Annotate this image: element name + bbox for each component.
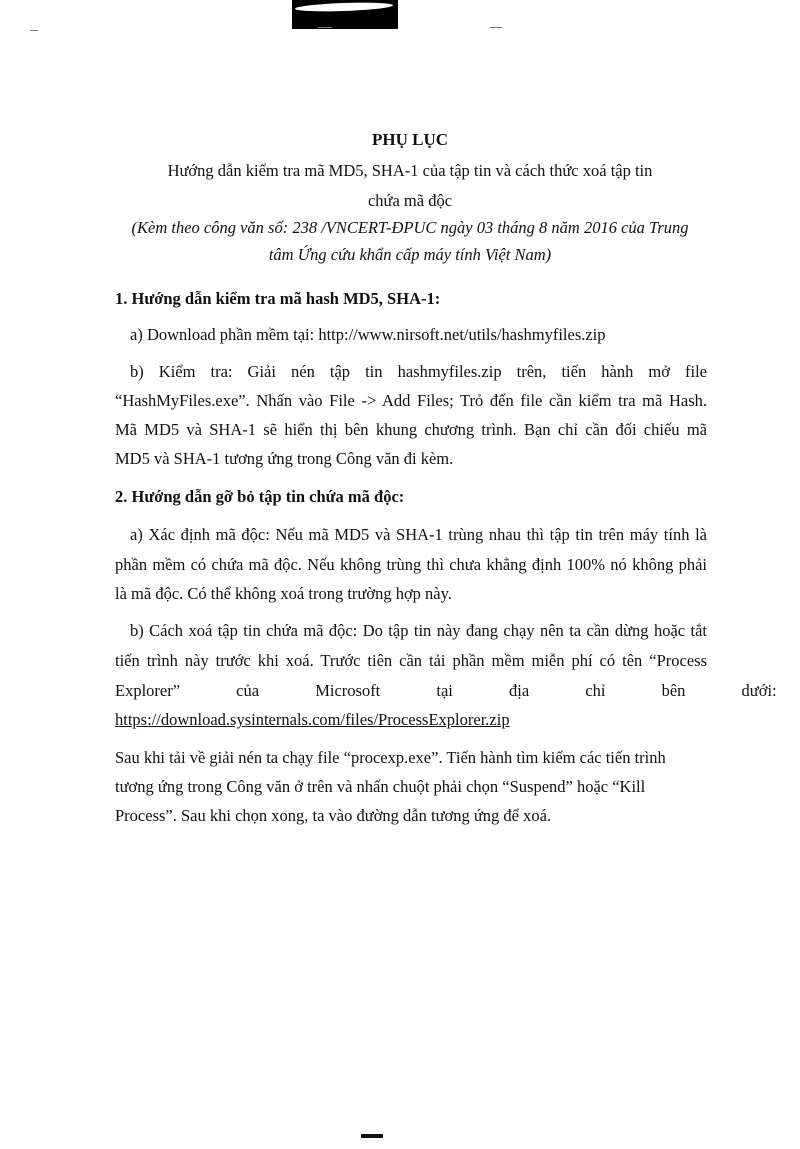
section-2-heading: 2. Hướng dẫn gỡ bỏ tập tin chứa mã độc: bbox=[115, 487, 707, 507]
section-2-item-a-line: là mã độc. Có thể không xoá trong trường… bbox=[115, 584, 707, 604]
section-1-item-b-line: b) Kiểm tra: Giải nén tập tin hashmyfile… bbox=[115, 362, 707, 382]
page-number-mark bbox=[361, 1134, 383, 1138]
scan-speck bbox=[490, 27, 502, 28]
process-explorer-link[interactable]: https://download.sysinternals.com/files/… bbox=[115, 710, 510, 730]
section-2-item-a-line: a) Xác định mã độc: Nếu mã MD5 và SHA-1 … bbox=[115, 525, 707, 545]
section-2-item-b-line: b) Cách xoá tập tin chứa mã độc: Do tập … bbox=[115, 621, 707, 641]
section-2-after-line: Process”. Sau khi chọn xong, ta vào đườn… bbox=[115, 806, 707, 826]
section-2-item-b-line: tiến trình này trước khi xoá. Trước tiên… bbox=[115, 651, 707, 671]
page-title: PHỤ LỤC bbox=[100, 130, 720, 150]
reference-line-2: tâm Ứng cứu khẩn cấp máy tính Việt Nam) bbox=[100, 245, 720, 265]
section-1-item-b-line: “HashMyFiles.exe”. Nhấn vào File -> Add … bbox=[115, 391, 707, 411]
subtitle-line-2: chứa mã độc bbox=[100, 191, 720, 211]
subtitle-line-1: Hướng dẫn kiểm tra mã MD5, SHA-1 của tập… bbox=[100, 161, 720, 181]
section-2-after-line: tương ứng trong Công văn ở trên và nhấn … bbox=[115, 777, 707, 797]
redaction-mark bbox=[292, 0, 398, 29]
section-1-item-b-line: MD5 và SHA-1 tương ứng trong Công văn đi… bbox=[115, 449, 707, 469]
reference-line-1: (Kèm theo công văn số: 238 /VNCERT-ĐPUC … bbox=[100, 218, 720, 238]
section-2-item-b-line: Explorer” của Microsoft tại địa chỉ bên … bbox=[115, 681, 707, 701]
section-2-item-a-line: phần mềm có chứa mã độc. Nếu không trùng… bbox=[115, 555, 707, 575]
section-1-item-a: a) Download phần mềm tại: http://www.nir… bbox=[130, 325, 722, 345]
section-1-item-b-line: Mã MD5 và SHA-1 sẽ hiển thị bên khung ch… bbox=[115, 420, 707, 440]
section-1-heading: 1. Hướng dẫn kiểm tra mã hash MD5, SHA-1… bbox=[115, 289, 707, 309]
scan-speck bbox=[318, 27, 332, 28]
scan-speck bbox=[30, 30, 38, 31]
section-2-after-line: Sau khi tải về giải nén ta chạy file “pr… bbox=[115, 748, 707, 768]
